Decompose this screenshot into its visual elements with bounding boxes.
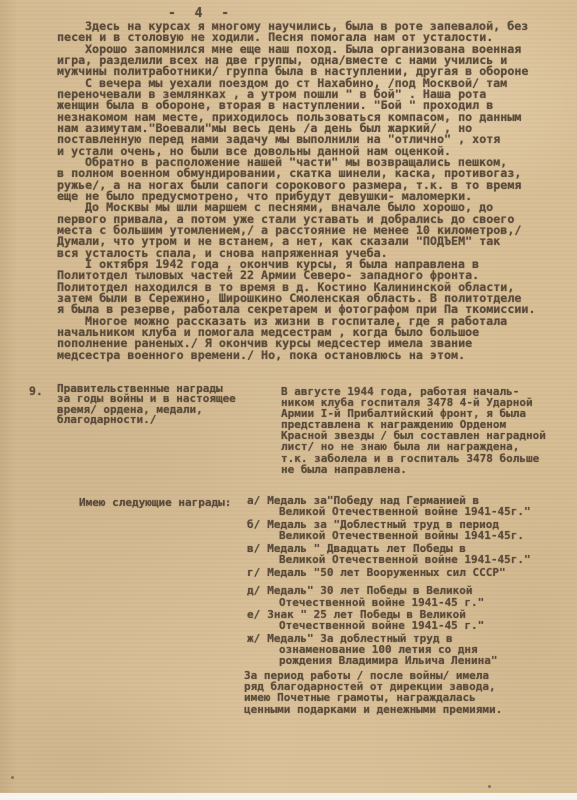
text-line: Великой Отечественной войны 1941-45г. [279, 530, 531, 541]
award-item: е/Знак " 25 лет Победы в Великой Отечест… [247, 609, 531, 631]
award-letter: г/ [247, 566, 260, 579]
award-item: ж/Медаль" За доблестный труд в ознаменов… [247, 633, 531, 666]
text-line: лист/ но не знаю была ли награждена, [281, 441, 546, 452]
text-line: не была направлена. [281, 464, 546, 475]
scan-edge [0, 793, 577, 800]
memoir-body-text: Здесь на курсах я многому научились, был… [57, 21, 562, 361]
scanned-page: - 4 - Здесь на курсах я многому научилис… [0, 0, 577, 800]
section-9-heading-column: Правительственные награды за годы войны … [57, 384, 236, 426]
text-line: медсестра военного времени./ Но, пока ос… [57, 350, 562, 361]
text-line: Великой Отечественной войне 1941-45г." [279, 506, 531, 517]
paper-speck [11, 776, 14, 779]
text-line: Отечественной войне 1941-45 г." [279, 620, 531, 631]
awards-intro: Имею следующие награды: [79, 496, 231, 509]
section-9-answer-column: В августе 1944 года, работая началь- ник… [281, 386, 546, 475]
paper-speck [488, 785, 491, 788]
text-line: благодарности./ [57, 415, 236, 425]
award-letter: ж/ [247, 632, 260, 645]
text-line: Отечественной войне 1941-45 г." [279, 597, 531, 608]
award-letter: д/ [247, 584, 260, 597]
award-item: д/Медаль" 30 лет Победы в Великой Отечес… [247, 585, 531, 607]
award-item: в/Медаль " Двадцать лет Победы в Великой… [247, 543, 531, 565]
award-text: Медаль "50 лет Вооруженных сил СССР" [267, 566, 505, 579]
text-line: т.к. заболела и в госпиталь 3478 больше [281, 453, 546, 464]
text-line: имею Почетные грамоты, награждалась [244, 692, 502, 703]
text-line: Великой Отечественной войне 1941-45г." [279, 554, 531, 565]
text-line: д/Медаль" 30 лет Победы в Великой [247, 585, 531, 596]
award-item: г/Медаль "50 лет Вооруженных сил СССР" [247, 567, 531, 578]
award-letter: б/ [247, 518, 260, 531]
award-letter: а/ [247, 494, 260, 507]
text-line: рождения Владимира Ильича Ленина" [279, 655, 531, 666]
closing-paragraph: За период работы / после войны/ имела ря… [244, 670, 502, 715]
awards-list: а/Медаль за"Победу над Германией в Велик… [247, 495, 531, 668]
award-item: а/Медаль за"Победу над Германией в Велик… [247, 495, 531, 517]
text-line: г/Медаль "50 лет Вооруженных сил СССР" [247, 567, 531, 578]
section-9-marker: 9. [29, 384, 43, 398]
award-letter: в/ [247, 542, 260, 555]
text-line: ценными подарками и денежными премиями. [244, 704, 502, 715]
award-item: б/Медаль за "Доблестный труд в период Ве… [247, 519, 531, 541]
award-letter: е/ [247, 608, 260, 621]
